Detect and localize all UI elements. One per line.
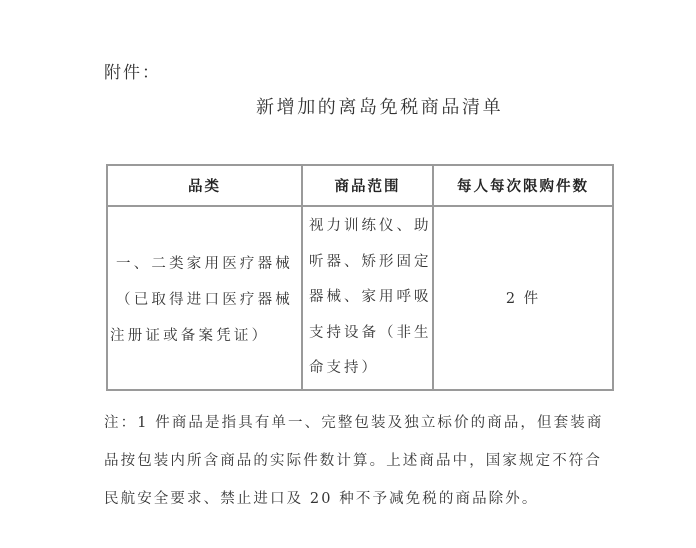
header-limit: 每人每次限购件数 xyxy=(433,165,613,206)
attachment-label: 附件： xyxy=(104,58,161,83)
footnote: 注：1 件商品是指具有单一、完整包装及独立标价的商品，但套装商 品按包装内所含商… xyxy=(104,404,624,518)
footnote-line: 民航安全要求、禁止进口及 20 种不予减免税的商品除外。 xyxy=(104,480,624,518)
header-category: 品类 xyxy=(107,165,302,206)
cell-category: 一、二类家用医疗器械 （已取得进口医疗器械 注册证或备案凭证） xyxy=(107,206,302,390)
cell-scope: 视力训练仪、助 听器、矫形固定 器械、家用呼吸 支持设备（非生 命支持） xyxy=(302,206,433,390)
document-title: 新增加的离岛免税商品清单 xyxy=(256,93,503,119)
table-header-row: 品类 商品范围 每人每次限购件数 xyxy=(107,165,613,206)
scope-line: 器械、家用呼吸 xyxy=(309,280,432,316)
category-line: 注册证或备案凭证） xyxy=(108,318,301,354)
cell-limit: 2 件 xyxy=(433,206,613,390)
scope-line: 视力训练仪、助 xyxy=(309,209,432,245)
footnote-line: 品按包装内所含商品的实际件数计算。上述商品中，国家规定不符合 xyxy=(104,442,624,480)
category-line: 一、二类家用医疗器械 xyxy=(108,246,301,282)
footnote-line: 注：1 件商品是指具有单一、完整包装及独立标价的商品，但套装商 xyxy=(104,404,624,442)
table-row: 一、二类家用医疗器械 （已取得进口医疗器械 注册证或备案凭证） 视力训练仪、助 … xyxy=(107,206,613,390)
header-scope: 商品范围 xyxy=(302,165,433,206)
category-line: （已取得进口医疗器械 xyxy=(108,282,301,318)
product-list-table: 品类 商品范围 每人每次限购件数 一、二类家用医疗器械 （已取得进口医疗器械 注… xyxy=(106,164,614,391)
scope-line: 命支持） xyxy=(309,351,432,387)
scope-line: 听器、矫形固定 xyxy=(309,245,432,281)
scope-line: 支持设备（非生 xyxy=(309,316,432,352)
